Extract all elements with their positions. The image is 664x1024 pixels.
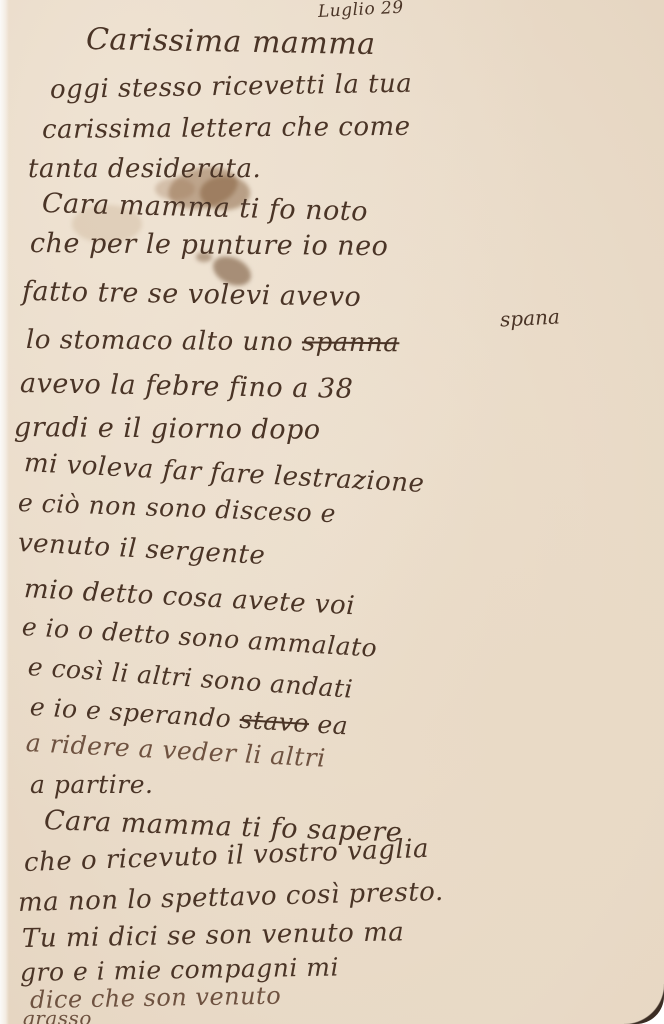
letter-line: Tu mi dici se son venuto ma <box>22 917 405 954</box>
letter-line: che per le punture io neo <box>30 228 389 262</box>
struck-word: spanna <box>302 327 400 358</box>
card-left-edge <box>0 0 9 1024</box>
struck-word: stavo <box>239 705 310 738</box>
letter-date: Luglio 29 <box>317 0 404 22</box>
letter-line: e ciò non sono disceso e <box>17 488 336 528</box>
letter-line: ma non lo spettavo così presto. <box>18 877 444 918</box>
card-corner-shadow <box>624 984 664 1024</box>
letter-line: carissima lettera che come <box>42 112 411 145</box>
letter-line: oggi stesso ricevetti la tua <box>50 69 413 105</box>
letter-line-text: e io e sperando <box>29 692 232 733</box>
letter-insert-word: spana <box>499 304 560 331</box>
letter-line-text: lo stomaco alto uno <box>26 325 293 357</box>
letter-line: avevo la febre fino a 38 <box>20 368 354 405</box>
letter-line: gro e i mie compagni mi <box>20 952 339 987</box>
letter-greeting: Carissima mamma <box>86 22 376 62</box>
postcard: Luglio 29 Carissima mamma oggi stesso ri… <box>0 0 664 1024</box>
letter-line: grasso <box>22 1006 92 1024</box>
letter-line: tanta desiderata. <box>28 154 261 184</box>
letter-line: venuto il sergente <box>17 528 266 571</box>
letter-line: fatto tre se volevi avevo <box>22 276 362 313</box>
letter-line: gradi e il giorno dopo <box>14 412 321 446</box>
letter-line-text: ea <box>317 710 349 741</box>
letter-line: che o ricevuto il vostro vaglia <box>23 834 429 878</box>
letter-line: lo stomaco alto uno spanna <box>26 325 400 358</box>
letter-line: a partire. <box>30 770 153 799</box>
